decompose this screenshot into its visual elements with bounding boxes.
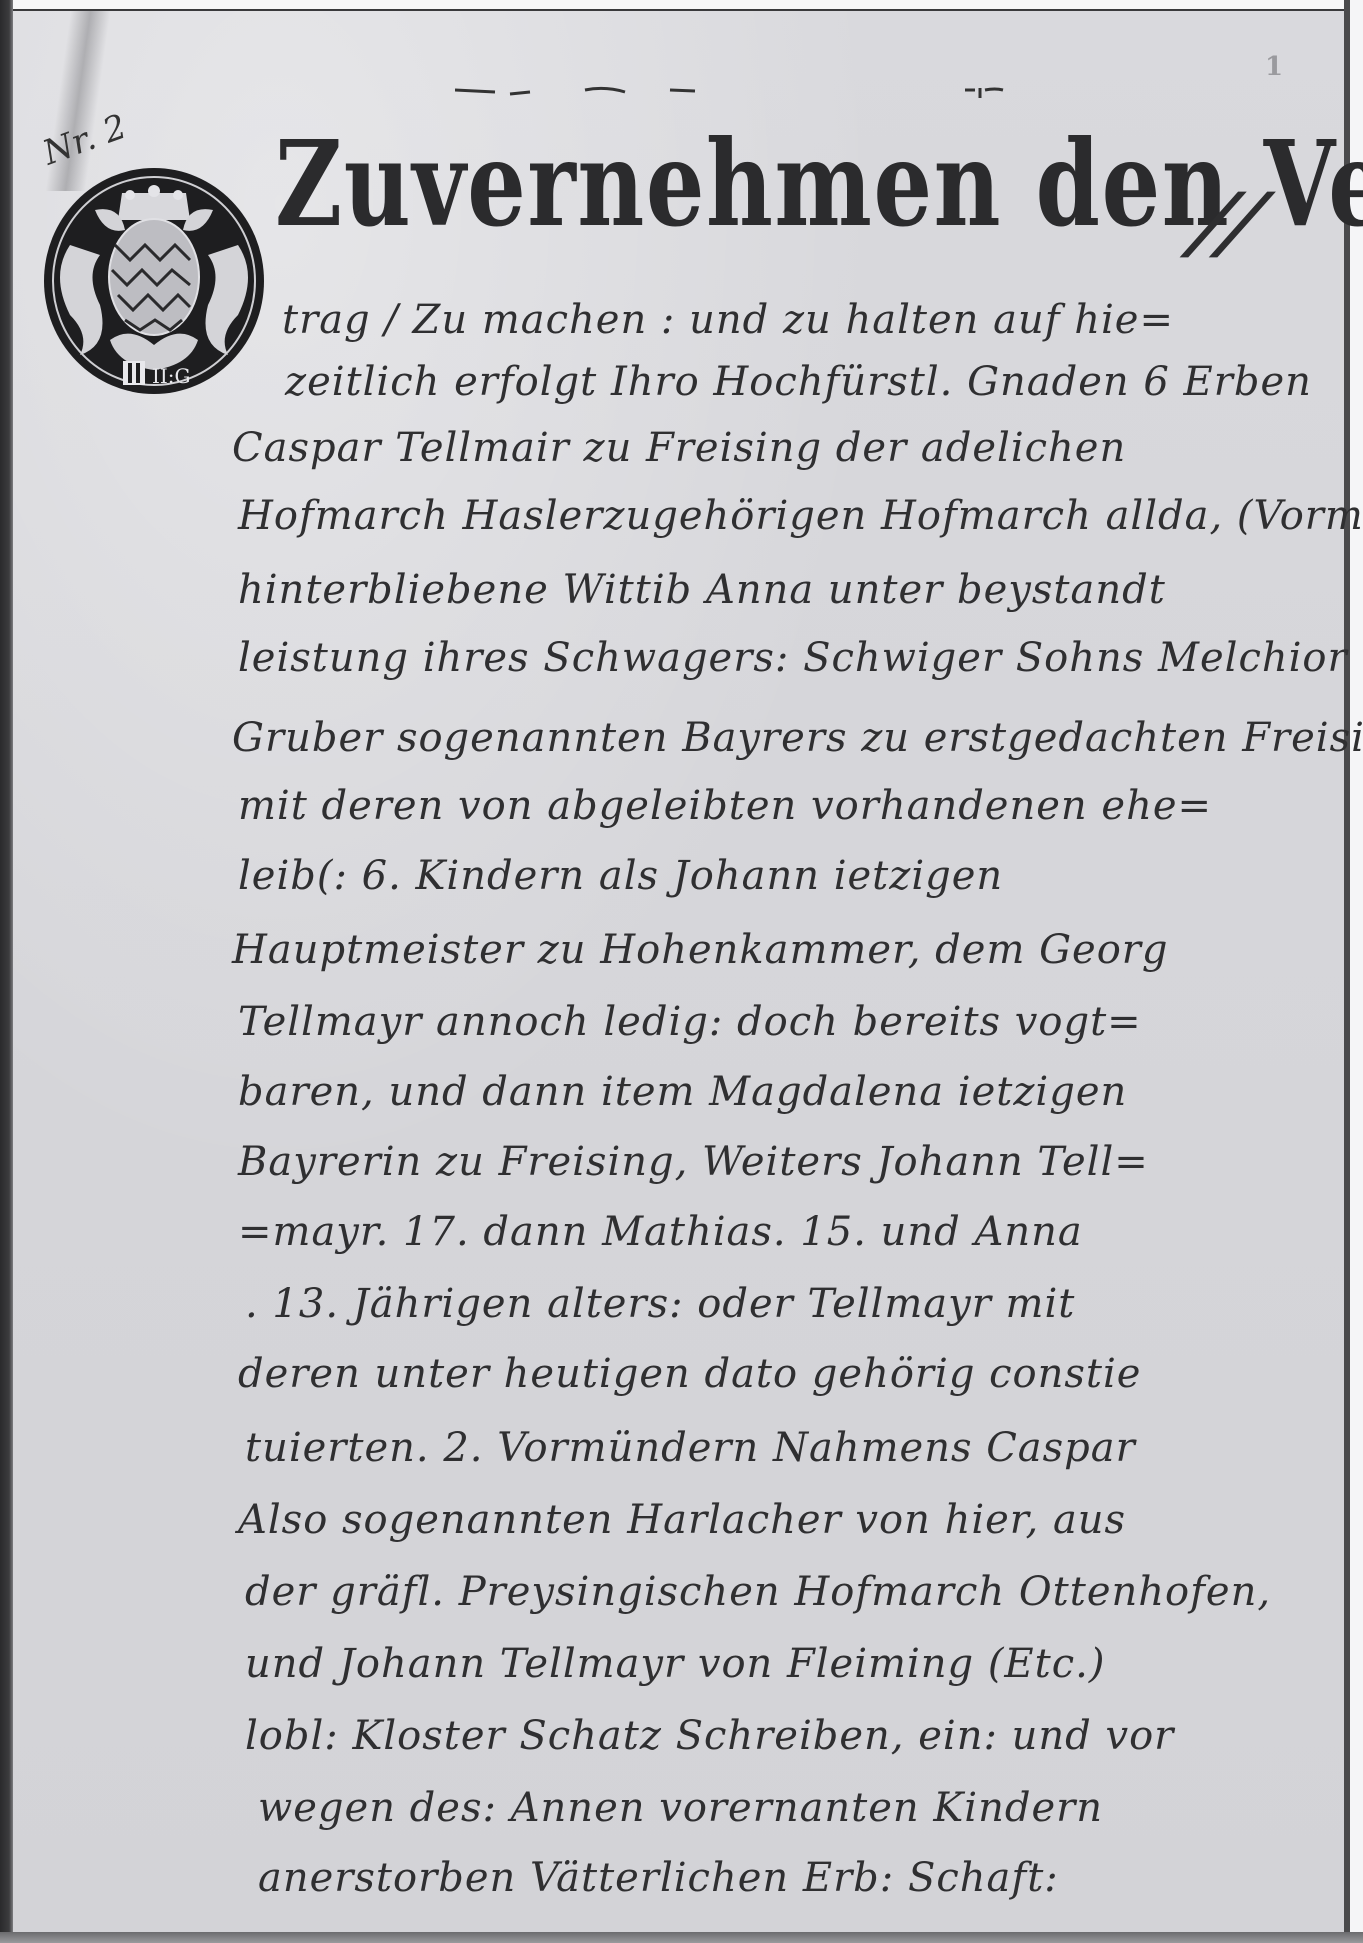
text-line: hinterbliebene Wittib Anna unter beystan… <box>238 570 1166 610</box>
text-line: Also sogenannten Harlacher von hier, aus <box>238 1500 1126 1540</box>
text-line: trag / Zu machen : und zu halten auf hie… <box>282 300 1174 340</box>
text-line: anerstorben Vätterlichen Erb: Schaft: <box>258 1858 1059 1898</box>
text-line: . 13. Jährigen alters: oder Tellmayr mit <box>245 1284 1075 1324</box>
text-line: leistung ihres Schwagers: Schwiger Sohns… <box>238 638 1348 678</box>
page-number: 1 <box>1265 52 1283 82</box>
text-line: und Johann Tellmayr von Fleiming (Etc.) <box>245 1644 1105 1684</box>
text-line: Bayrerin zu Freising, Weiters Johann Tel… <box>238 1142 1149 1182</box>
text-line: Hofmarch Haslerzugehörigen Hofmarch alld… <box>238 496 1363 536</box>
text-line: mit deren von abgeleibten vorhandenen eh… <box>238 786 1212 826</box>
text-line: leib(: 6. Kindern als Johann ietzigen <box>238 856 1003 896</box>
scan-bottom-edge <box>0 1932 1363 1943</box>
text-line: Hauptmeister zu Hohenkammer, dem Georg <box>232 930 1169 970</box>
scan-left-edge <box>0 0 13 1943</box>
text-line: tuierten. 2. Vormündern Nahmens Caspar <box>245 1428 1136 1468</box>
scan-top-margin <box>0 0 1363 9</box>
seal-initials: II:G <box>152 364 191 388</box>
text-line: Caspar Tellmair zu Freising der adeliche… <box>232 428 1126 468</box>
scan-right-margin <box>1350 0 1363 1943</box>
text-line: baren, und dann item Magdalena ietzigen <box>238 1072 1127 1112</box>
text-line: Tellmayr annoch ledig: doch bereits vogt… <box>238 1002 1142 1042</box>
ornamental-dashes <box>455 84 1015 104</box>
text-line: deren unter heutigen dato gehörig consti… <box>238 1354 1141 1394</box>
text-line: der gräfl. Preysingischen Hofmarch Otten… <box>245 1572 1271 1612</box>
text-line: Gruber sogenannten Bayrers zu erstgedach… <box>232 718 1363 758</box>
text-line: =mayr. 17. dann Mathias. 15. und Anna <box>238 1212 1083 1252</box>
coat-of-arms-seal-icon: II:G <box>40 165 268 397</box>
text-line: lobl: Kloster Schatz Schreiben, ein: und… <box>245 1716 1174 1756</box>
text-line: wegen des: Annen vorernanten Kindern <box>258 1788 1103 1828</box>
text-line: zeitlich erfolgt Ihro Hochfürstl. Gnaden… <box>285 362 1312 402</box>
